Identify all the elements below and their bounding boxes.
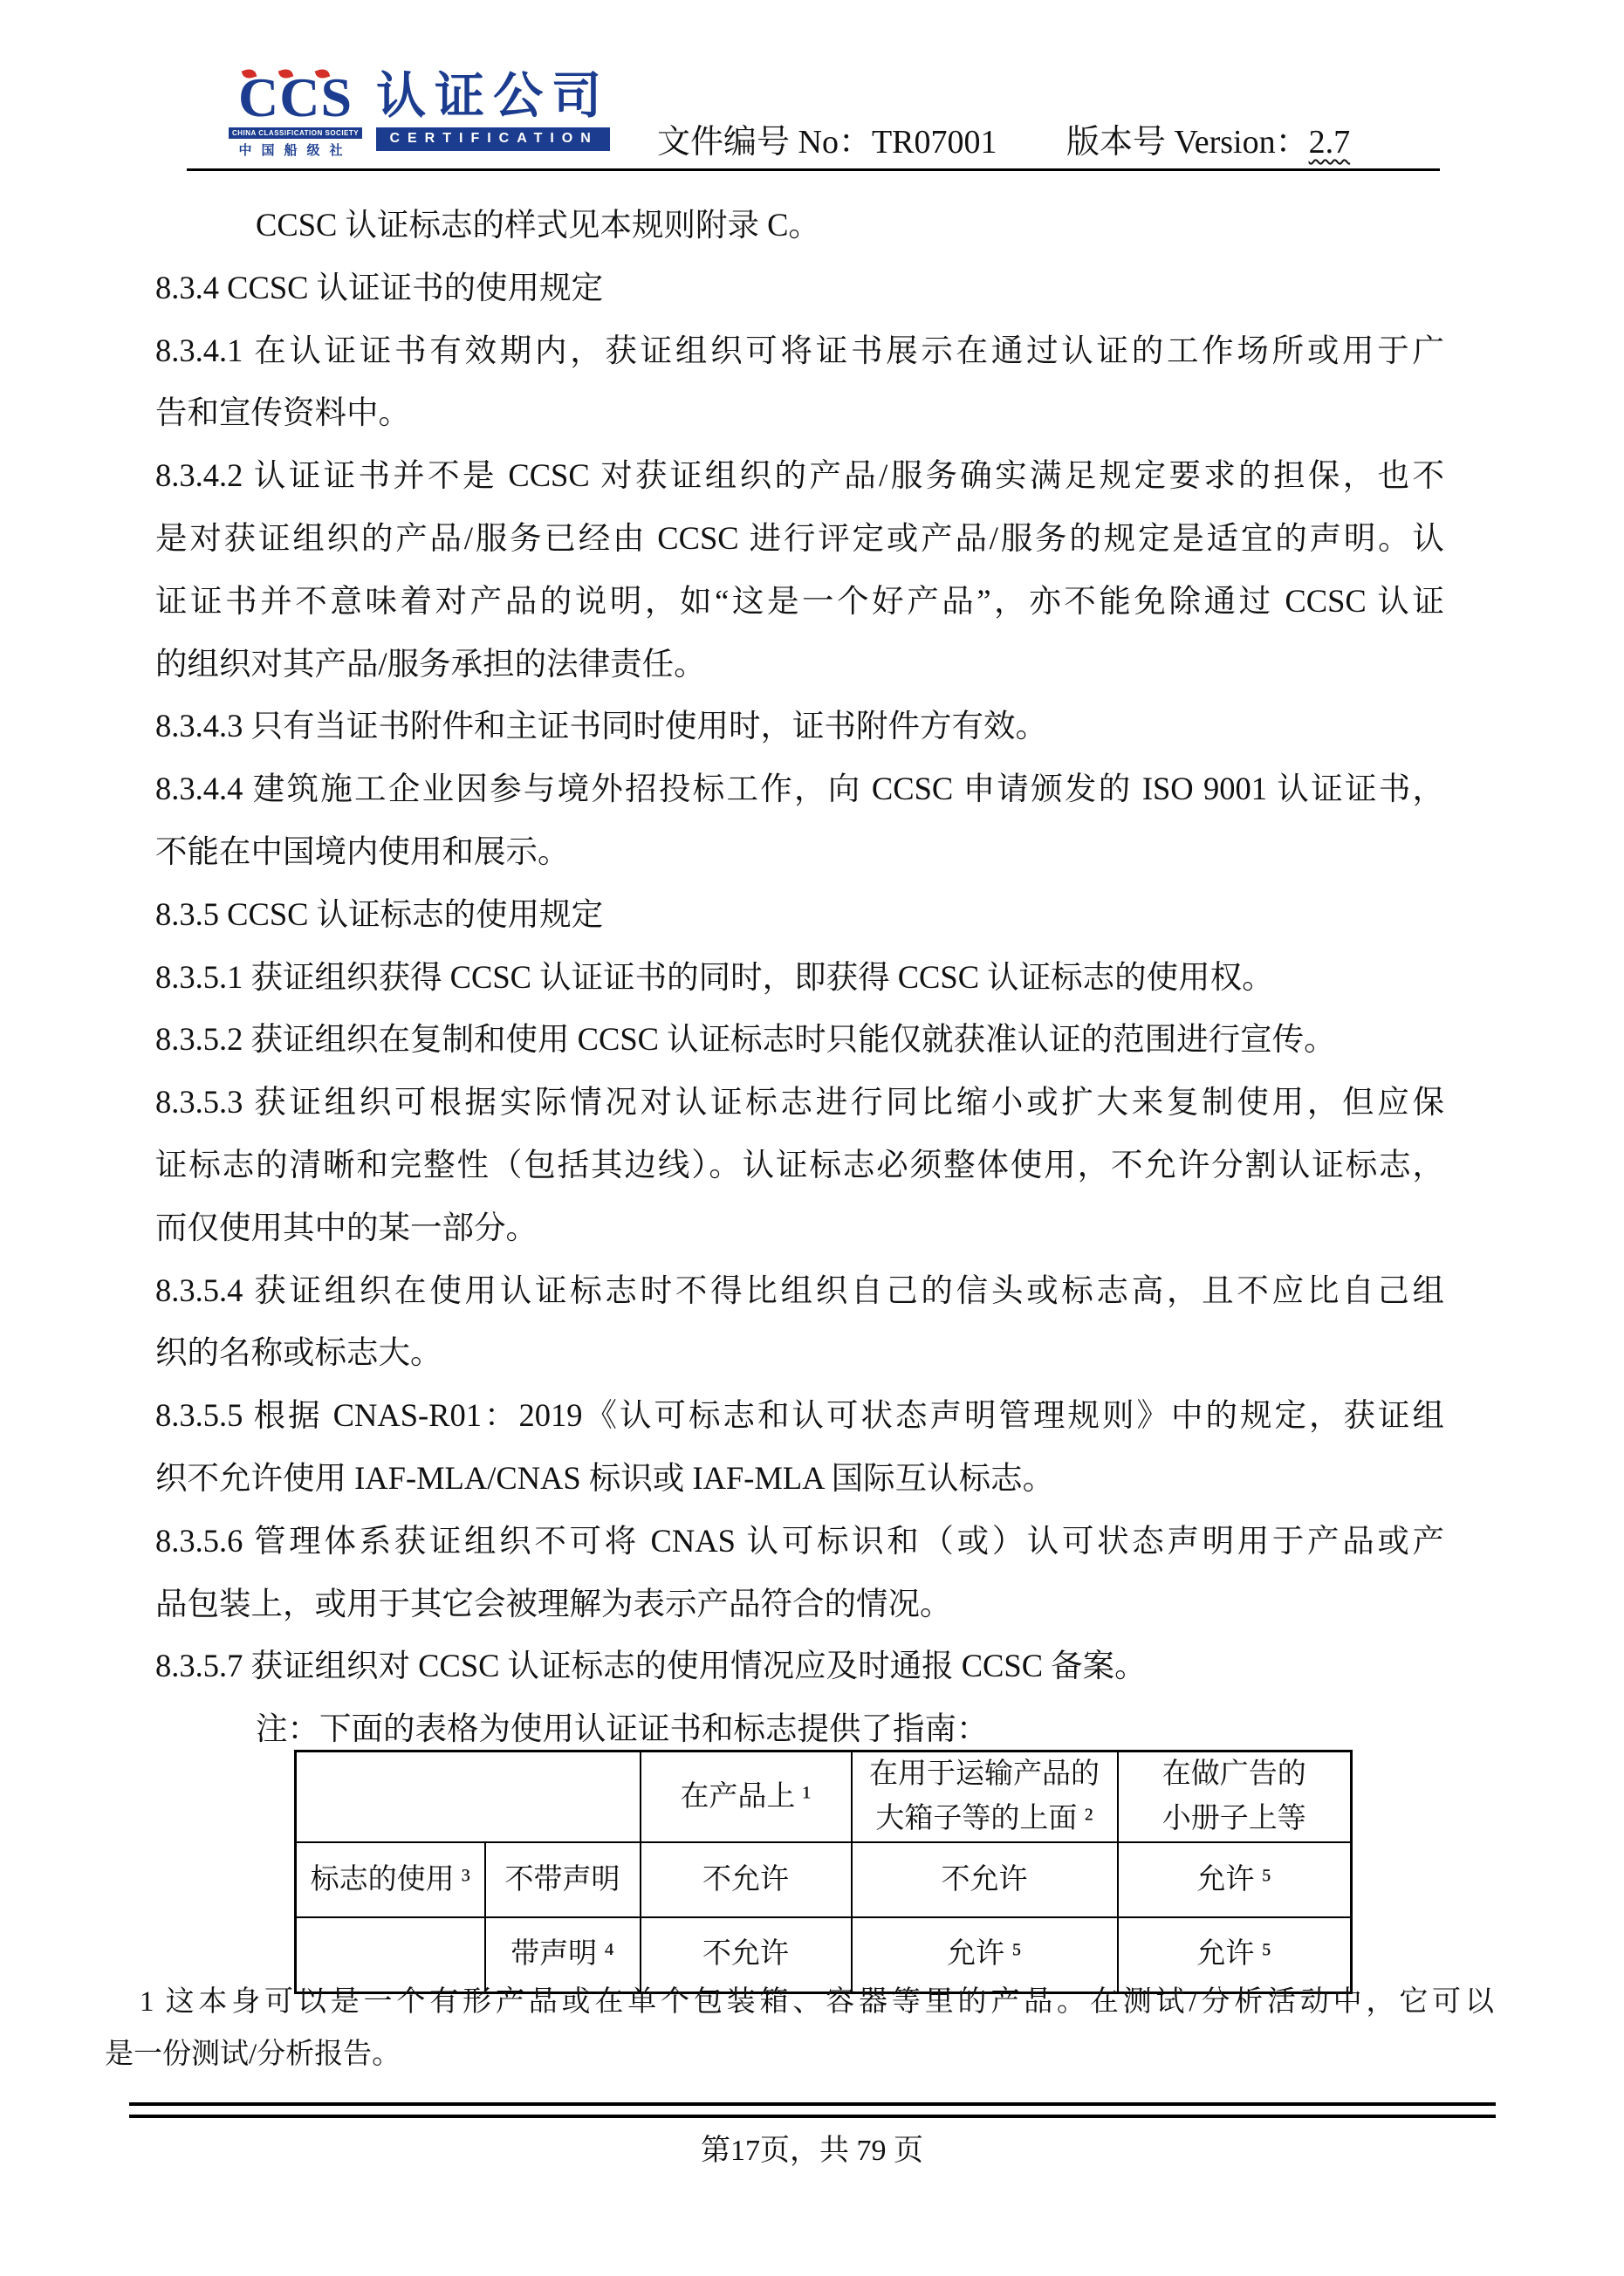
body-line-9: 8.3.4.3 只有当证书附件和主证书同时使用时，证书附件方有效。	[155, 695, 1444, 758]
body-line-4: 告和宣传资料中。	[155, 381, 1444, 444]
body-line-10: 8.3.4.4 建筑施工企业因参与境外招投标工作，向 CCSC 申请颁发的 IS…	[155, 758, 1444, 820]
ccs-logo-right: 认证公司 CERTIFICATION	[376, 72, 610, 151]
usage-table-header-row: 在产品上 ¹在用于运输产品的 大箱子等的上面 ²在做广告的 小册子上等	[296, 1752, 1352, 1843]
version-value: 2.7	[1309, 124, 1351, 161]
usage-table-cell: 不允许	[641, 1842, 852, 1917]
ccs-acronym: CCS	[238, 72, 353, 125]
ccs-logo-left: CCS CHINA CLASSIFICATION SOCIETY 中国船级社	[229, 72, 362, 159]
body-line-7: 证证书并不意味着对产品的说明，如“这是一个好产品”，亦不能免除通过 CCSC 认…	[155, 570, 1444, 633]
version-number: 版本号 Version：2.7	[1066, 114, 1350, 162]
body-text: CCSC 认证标志的样式见本规则附录 C。8.3.4 CCSC 认证证书的使用规…	[155, 194, 1444, 1760]
usage-table-body: 在产品上 ¹在用于运输产品的 大箱子等的上面 ²在做广告的 小册子上等标志的使用…	[296, 1752, 1352, 1993]
usage-table-header-cell: 在用于运输产品的 大箱子等的上面 ²	[852, 1752, 1118, 1843]
footnotes: 1 这本身可以是一个有形产品或在单个包装箱、容器等里的产品。在测试/分析活动中，…	[105, 1976, 1494, 2081]
usage-table-cell: 不允许	[852, 1842, 1118, 1917]
company-name-cn: 认证公司	[376, 72, 610, 121]
usage-table-header-cell: 在做广告的 小册子上等	[1118, 1752, 1352, 1843]
body-line-13: 8.3.5.1 获证组织获得 CCSC 认证证书的同时，即获得 CCSC 认证标…	[155, 946, 1444, 1009]
body-line-18: 8.3.5.4 获证组织在使用认证标志时不得比组织自己的信头或标志高，且不应比自…	[155, 1259, 1444, 1322]
doc-number: 文件编号 No：TR07001	[657, 114, 997, 162]
version-label: 版本号 Version：	[1066, 124, 1309, 161]
body-line-24: 8.3.5.7 获证组织对 CCSC 认证标志的使用情况应及时通报 CCSC 备…	[155, 1635, 1444, 1697]
usage-table-header-cell: 在产品上 ¹	[641, 1752, 852, 1843]
society-name-cn: 中国船级社	[239, 141, 353, 159]
header-divider	[187, 168, 1440, 171]
body-line-11: 不能在中国境内使用和展示。	[155, 820, 1444, 883]
society-name-en: CHINA CLASSIFICATION SOCIETY	[229, 127, 362, 139]
ccs-letters-wrap: CCS	[238, 72, 353, 125]
usage-table-cell: 标志的使用 ³	[296, 1842, 485, 1917]
usage-table-cell: 不带声明	[485, 1842, 641, 1917]
body-line-1: CCSC 认证标志的样式见本规则附录 C。	[155, 194, 1444, 257]
usage-table: 在产品上 ¹在用于运输产品的 大箱子等的上面 ²在做广告的 小册子上等标志的使用…	[294, 1750, 1353, 1994]
usage-table-header-cell	[296, 1752, 641, 1843]
body-line-2: 8.3.4 CCSC 认证证书的使用规定	[155, 257, 1444, 319]
footer-divider-bottom	[129, 2115, 1496, 2118]
body-line-3: 8.3.4.1 在认证证书有效期内，获证组织可将证书展示在通过认证的工作场所或用…	[155, 319, 1444, 382]
body-line-19: 织的名称或标志大。	[155, 1321, 1444, 1384]
certification-label-en: CERTIFICATION	[376, 127, 610, 151]
usage-table-row-1: 标志的使用 ³不带声明不允许不允许允许 ⁵	[296, 1842, 1352, 1917]
footer-divider-top	[129, 2102, 1496, 2106]
document-page: CCS CHINA CLASSIFICATION SOCIETY 中国船级社 认…	[0, 0, 1624, 2276]
doc-number-value: TR07001	[872, 124, 997, 161]
body-line-16: 证标志的清晰和完整性（包括其边线）。认证标志必须整体使用，不允许分割认证标志，	[155, 1134, 1444, 1196]
usage-table-cell: 允许 ⁵	[1118, 1842, 1352, 1917]
body-line-21: 织不允许使用 IAF-MLA/CNAS 标识或 IAF-MLA 国际互认标志。	[155, 1447, 1444, 1510]
body-line-12: 8.3.5 CCSC 认证标志的使用规定	[155, 883, 1444, 946]
body-line-6: 是对获证组织的产品/服务已经由 CCSC 进行评定或产品/服务的规定是适宜的声明…	[155, 507, 1444, 570]
ccs-logo: CCS CHINA CLASSIFICATION SOCIETY 中国船级社 认…	[229, 72, 610, 159]
page-footer: 第17页，共 79 页	[0, 2126, 1624, 2169]
doc-number-label: 文件编号 No：	[657, 124, 872, 161]
body-line-5: 8.3.4.2 认证证书并不是 CCSC 对获证组织的产品/服务确实满足规定要求…	[155, 444, 1444, 507]
body-line-15: 8.3.5.3 获证组织可根据实际情况对认证标志进行同比缩小或扩大来复制使用，但…	[155, 1071, 1444, 1134]
body-line-22: 8.3.5.6 管理体系获证组织不可将 CNAS 认可标识和（或）认可状态声明用…	[155, 1510, 1444, 1573]
footnote-line-2: 是一份测试/分析报告。	[105, 2028, 1494, 2081]
body-line-14: 8.3.5.2 获证组织在复制和使用 CCSC 认证标志时只能仅就获准认证的范围…	[155, 1008, 1444, 1071]
body-line-23: 品包装上，或用于其它会被理解为表示产品符合的情况。	[155, 1573, 1444, 1635]
footnote-line-1: 1 这本身可以是一个有形产品或在单个包装箱、容器等里的产品。在测试/分析活动中，…	[105, 1976, 1494, 2028]
body-line-8: 的组织对其产品/服务承担的法律责任。	[155, 633, 1444, 696]
body-line-17: 而仅使用其中的某一部分。	[155, 1196, 1444, 1259]
body-line-20: 8.3.5.5 根据 CNAS-R01：2019《认可标志和认可状态声明管理规则…	[155, 1384, 1444, 1447]
